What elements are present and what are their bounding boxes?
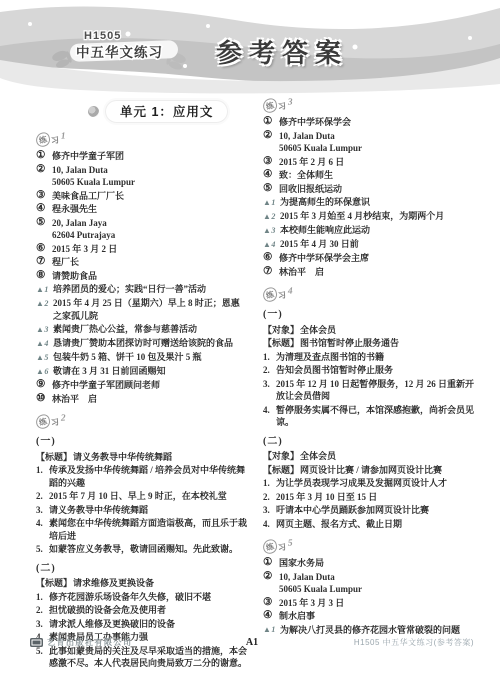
item-marker: ▲2 [263, 210, 280, 223]
answer-line: 【标题】 请求维修及更换设备 [36, 577, 247, 590]
answer-line: ⑧ 请赞助食品 [36, 270, 247, 283]
lian-circle-icon: 练 [262, 538, 279, 555]
item-text-wrap: 传承及发扬中华传统舞蹈 / 培养会员对中华传统舞蹈的兴趣 [49, 464, 247, 489]
item-marker: ▲6 [36, 365, 53, 378]
item-marker: (一) [36, 436, 56, 449]
answer-line: ① 修齐中学童子军团 [36, 150, 247, 163]
item-text: 本校师生能响应此运动 [280, 225, 370, 235]
item-marker: 【标题】 [36, 451, 72, 464]
item-text: 国家水务局 [279, 558, 324, 568]
answer-line: 5. 如蒙答应义务教导，敬请回函赐知。先此致谢。 [36, 543, 247, 556]
item-text: 2015 年 4 月 25 日（星期六）早上 8 时正；恩惠之家孤儿院 [53, 298, 240, 321]
item-text: 网页主题、报名方式、截止日期 [276, 519, 402, 529]
exercise-3-section: 练 习 3 ① 修齐中学环保学会 ② 10, Jalan Duta506 [263, 98, 474, 278]
item-marker: 2. [36, 490, 49, 503]
xi-char: 习 [50, 134, 60, 146]
item-text-wrap: 20, Jalan Jaya62604 Putrajaya [52, 217, 247, 242]
item-text-wrap: 培养团员的爱心；实践“日行一善”活动 [53, 283, 247, 296]
answer-line: ⑤ 20, Jalan Jaya62604 Putrajaya [36, 217, 247, 242]
answer-list: ① 修齐中学环保学会 ② 10, Jalan Duta50605 Kuala L… [263, 116, 474, 278]
answer-line: ⑥ 2015 年 3 月 2 日 [36, 243, 247, 256]
item-text-wrap: 敬请在 3 月 31 日前回函赐知 [53, 365, 247, 378]
item-text: 10, Jalan Duta [279, 131, 335, 141]
answer-line: ▲4 2015 年 4 月 30 日前 [263, 238, 474, 251]
item-text-wrap: 告知会员图书馆暂时停止服务 [276, 364, 474, 377]
item-marker: ③ [36, 190, 52, 203]
answer-line: ④ 致：全体师生 [263, 169, 474, 182]
exercise-5-section: 练 习 5 ① 国家水务局 ② 10, Jalan Duta50605 [263, 539, 474, 637]
exercise-number: 4 [288, 286, 293, 296]
exercise-1-badge: 练 习 1 [36, 121, 247, 147]
answer-line: ② 10, Jalan Duta50605 Kuala Lumpur [36, 164, 247, 189]
item-marker: 1. [36, 591, 49, 604]
item-text: 请义务教导中华传统舞蹈 [49, 505, 148, 515]
series-code-text: H1505 [84, 30, 121, 42]
item-text-wrap: 素闻贵厂热心公益，常参与慈善活动 [53, 323, 247, 336]
item-text: 请求维修及更换设备 [73, 578, 154, 588]
item-text-wrap: 为解决八打灵县的修齐花园水管常破裂的问题 [280, 624, 474, 637]
item-text-wrap: 为清理及查点图书馆的书籍 [276, 351, 474, 364]
item-text: 为提高师生的环保意识 [280, 197, 370, 207]
item-marker: ② [263, 571, 279, 584]
item-text-wrap: 修齐中学环保学会主席 [279, 252, 474, 265]
item-text-wrap: 2015 年 4 月 25 日（星期六）早上 8 时正；恩惠之家孤儿院 [53, 297, 247, 322]
item-text-wrap: 如蒙答应义务教导，敬请回函赐知。先此致谢。 [49, 543, 247, 556]
answer-line: ④ 程永强先生 [36, 203, 247, 216]
item-marker: ④ [263, 169, 279, 182]
item-text-wrap: 恳请贵厂赞助本团探访时可赠送给该院的食品 [53, 337, 247, 350]
exercise-number: 3 [288, 97, 293, 107]
exercise-number: 2 [61, 413, 66, 423]
item-text-wrap: 10, Jalan Duta50605 Kuala Lumpur [279, 130, 474, 155]
item-marker: 2. [263, 491, 276, 504]
item-marker: 3. [263, 504, 276, 517]
item-text: 2015 年 2 月 6 日 [279, 157, 344, 167]
lian-circle-icon: 练 [262, 286, 279, 303]
item-text: 全体会员 [300, 451, 336, 461]
answer-line: ▲3 素闻贵厂热心公益，常参与慈善活动 [36, 323, 247, 336]
answer-line: ② 10, Jalan Duta50605 Kuala Lumpur [263, 571, 474, 596]
item-text-wrap: 2015 年 3 月 2 日 [52, 243, 247, 256]
item-text: 2015 年 3 月 3 日 [279, 598, 344, 608]
item-text-wrap: 2015 年 3 月始至 4 月杪结束，为期两个月 [280, 210, 474, 223]
answer-line: 【对象】 全体会员 [263, 324, 474, 337]
item-text: 网页设计比赛 / 请参加网页设计比赛 [300, 465, 442, 475]
item-text-wrap: 2015 年 3 月 3 日 [279, 597, 474, 610]
item-text-wrap: 请求派人维修及更换破旧的设备 [49, 618, 247, 631]
item-text: 林治平 启 [52, 394, 97, 404]
item-text: 程永强先生 [52, 204, 97, 214]
answer-line: ▲4 恳请贵厂赞助本团探访时可赠送给该院的食品 [36, 337, 247, 350]
item-marker: ▲1 [263, 624, 280, 637]
item-text-wrap: 请赞助食品 [52, 270, 247, 283]
item-marker: 【标题】 [36, 577, 72, 590]
item-text: 如蒙答应义务教导，敬请回函赐知。先此致谢。 [49, 544, 238, 554]
item-text-wrap: 致：全体师生 [279, 169, 474, 182]
answer-line: 2. 担忧破损的设备会危及使用者 [36, 604, 247, 617]
item-text: 培养团员的爱心；实践“日行一善”活动 [53, 284, 206, 294]
item-marker: (二) [36, 563, 56, 576]
item-marker: 4. [263, 404, 276, 417]
publisher-logo-icon [30, 638, 43, 647]
item-marker: ⑦ [263, 266, 279, 279]
item-text: 修齐中学童子军团顾问老师 [52, 380, 160, 390]
item-marker: ▲2 [36, 297, 53, 310]
answer-line: 1. 修齐花园游乐场设备年久失修，破旧不堪 [36, 591, 247, 604]
item-text-wrap: 图书馆暂时停止服务通告 [300, 337, 474, 350]
item-text-cont: 50605 Kuala Lumpur [279, 142, 474, 155]
item-marker: ▲1 [36, 283, 53, 296]
answer-line: ③ 美味食品工厂厂长 [36, 190, 247, 203]
item-text: 敬请在 3 月 31 日前回函赐知 [53, 366, 166, 376]
answer-line: (二) [36, 563, 247, 576]
item-marker: ② [36, 164, 52, 177]
item-marker: ▲5 [36, 351, 53, 364]
item-text-wrap: 全体会员 [300, 324, 474, 337]
xi-char: 习 [277, 541, 287, 553]
answer-list: (一) 【对象】 全体会员 【标题】 图书馆暂时停止服务通告 [263, 309, 474, 530]
unit-title: 单元 1：应用文 [105, 100, 228, 123]
item-text: 此事如蒙贵局的关注及尽早采取适当的措施，本会感激不尽。本人代表居民向贵局致万二分… [49, 646, 247, 669]
answer-list: ① 修齐中学童子军团 ② 10, Jalan Duta50605 Kuala L… [36, 150, 247, 405]
item-marker: 【标题】 [263, 464, 299, 477]
unit-heading-row: 单元 1：应用文 [88, 100, 247, 123]
item-text-wrap: 10, Jalan Duta50605 Kuala Lumpur [279, 571, 474, 596]
answer-line: 3. 2015 年 12 月 10 日起暂停服务，12 月 26 日重新开放让会… [263, 378, 474, 403]
exercise-number: 5 [288, 538, 293, 548]
exercise-1-section: 练 习 1 ① 修齐中学童子军团 ② 10, Jalan Duta506 [36, 132, 247, 405]
item-text: 2015 年 3 月 2 日 [52, 244, 117, 254]
answer-line: 4. 暂停服务实属不得已，本馆深感抱歉，尚祈会员见谅。 [263, 404, 474, 429]
item-text-wrap: 程厂长 [52, 256, 247, 269]
item-text: 林治平 启 [279, 267, 324, 277]
item-marker: 1. [36, 464, 49, 477]
item-marker: ① [263, 116, 279, 129]
answer-line: ⑨ 修齐中学童子军团顾问老师 [36, 379, 247, 392]
item-text: 为清理及查点图书馆的书籍 [276, 352, 384, 362]
item-text-wrap: 程永强先生 [52, 203, 247, 216]
item-text: 图书馆暂时停止服务通告 [300, 338, 399, 348]
item-text-wrap: 修齐中学环保学会 [279, 116, 474, 129]
item-marker: 【对象】 [263, 450, 299, 463]
answer-line: ① 修齐中学环保学会 [263, 116, 474, 129]
answer-line: (二) [263, 436, 474, 449]
item-marker: 3. [36, 618, 49, 631]
exercise-number: 1 [61, 131, 66, 141]
item-marker: ③ [263, 156, 279, 169]
left-column: 单元 1：应用文 练 习 1 ① 修齐中学童子军团 [36, 96, 247, 671]
item-text: 2015 年 3 月 10 日至 15 日 [276, 492, 377, 502]
exercise-2-section: 练 习 2 (一) 【标题】 请义务教导中华传统舞蹈 [36, 414, 247, 670]
item-marker: 1. [263, 477, 276, 490]
item-text: 担忧破损的设备会危及使用者 [49, 605, 166, 615]
answer-line: ▲6 敬请在 3 月 31 日前回函赐知 [36, 365, 247, 378]
item-text-wrap: 本校师生能响应此运动 [280, 224, 474, 237]
item-text-wrap: 美味食品工厂厂长 [52, 190, 247, 203]
item-text: 素闻贵厂热心公益，常参与慈善活动 [53, 324, 197, 334]
item-text: 20, Jalan Jaya [52, 218, 107, 228]
answer-line: 2. 告知会员图书馆暂时停止服务 [263, 364, 474, 377]
xi-char: 习 [50, 416, 60, 428]
item-text: 为解决八打灵县的修齐花园水管常破裂的问题 [280, 625, 460, 635]
item-text: 2015 年 4 月 30 日前 [280, 239, 359, 249]
item-text-cont: 50605 Kuala Lumpur [52, 176, 247, 189]
item-marker: 【对象】 [263, 324, 299, 337]
item-text: 回收旧报纸运动 [279, 184, 342, 194]
item-text: 致：全体师生 [279, 170, 333, 180]
item-marker: 1. [263, 351, 276, 364]
answer-line: 2. 2015 年 7 月 10 日、早上 9 时正，在本校礼堂 [36, 490, 247, 503]
item-marker: ① [36, 150, 52, 163]
exercise-4-section: 练 习 4 (一) 【对象】 全体会员 [263, 287, 474, 530]
item-text-cont: 62604 Putrajaya [52, 229, 247, 242]
answer-line: ▲3 本校师生能响应此运动 [263, 224, 474, 237]
series-name-text: 中五华文练习 [76, 44, 163, 60]
item-marker: 3. [263, 378, 276, 391]
item-text-wrap: 为让学员表现学习成果及发掘网页设计人才 [276, 477, 474, 490]
answer-line: 2. 2015 年 3 月 10 日至 15 日 [263, 491, 474, 504]
lian-circle-icon: 练 [35, 131, 52, 148]
answer-key-page: H1505 中五华文练习 参考答案 单元 1：应用文 练 习 1 [0, 0, 500, 687]
item-text-wrap: 10, Jalan Duta50605 Kuala Lumpur [52, 164, 247, 189]
xi-char: 习 [277, 100, 287, 112]
item-marker: 3. [36, 504, 49, 517]
answer-line: ③ 2015 年 3 月 3 日 [263, 597, 474, 610]
answer-columns: 单元 1：应用文 练 习 1 ① 修齐中学童子军团 [0, 96, 500, 671]
item-text-wrap: 此事如蒙贵局的关注及尽早采取适当的措施，本会感激不尽。本人代表居民向贵局致万二分… [49, 645, 247, 670]
right-column: 练 习 3 ① 修齐中学环保学会 ② 10, Jalan Duta506 [263, 96, 474, 671]
item-marker: ⑧ [36, 270, 52, 283]
item-marker: ③ [263, 597, 279, 610]
item-marker: ▲3 [36, 323, 53, 336]
item-text: 10, Jalan Duta [279, 572, 335, 582]
lian-circle-icon: 练 [262, 97, 279, 114]
answer-list: ① 国家水务局 ② 10, Jalan Duta50605 Kuala Lump… [263, 557, 474, 637]
answer-line: (一) [36, 436, 247, 449]
item-marker: ④ [263, 610, 279, 623]
item-text-wrap: 2015 年 4 月 30 日前 [280, 238, 474, 251]
item-marker: 5. [36, 543, 49, 556]
answer-line: 【标题】 图书馆暂时停止服务通告 [263, 337, 474, 350]
item-text-wrap: 素闻您在中华传统舞蹈方面造诣极高，而且乐于栽培后进 [49, 517, 247, 542]
item-marker: 4. [36, 517, 49, 530]
item-text-wrap: 全体会员 [300, 450, 474, 463]
header-banner: H1505 中五华文练习 参考答案 [0, 0, 500, 96]
item-text: 恳请贵厂赞助本团探访时可赠送给该院的食品 [53, 338, 233, 348]
item-text: 吁请本中心学员踊跃参加网页设计比赛 [276, 505, 429, 515]
answer-line: 3. 请求派人维修及更换破旧的设备 [36, 618, 247, 631]
item-text-wrap: 网页主题、报名方式、截止日期 [276, 518, 474, 531]
item-text: 程厂长 [52, 257, 79, 267]
answer-line: ⑩ 林治平 启 [36, 393, 247, 406]
answer-line: ⑤ 回收旧报纸运动 [263, 183, 474, 196]
item-text: 2015 年 3 月始至 4 月杪结束，为期两个月 [280, 211, 444, 221]
item-marker: 2. [36, 604, 49, 617]
item-text: 修齐中学环保学会 [279, 117, 351, 127]
item-text-wrap: 2015 年 2 月 6 日 [279, 156, 474, 169]
item-text-wrap: 2015 年 12 月 10 日起暂停服务，12 月 26 日重新开放让会员借阅 [276, 378, 474, 403]
item-text-wrap: 修齐花园游乐场设备年久失修，破旧不堪 [49, 591, 247, 604]
item-marker: ④ [36, 203, 52, 216]
answer-line: 1. 传承及发扬中华传统舞蹈 / 培养会员对中华传统舞蹈的兴趣 [36, 464, 247, 489]
item-text: 修齐中学环保学会主席 [279, 253, 369, 263]
item-marker: ⑩ [36, 393, 52, 406]
exercise-4-badge: 练 习 4 [263, 276, 474, 302]
item-text: 请义务教导中华传统舞蹈 [73, 452, 172, 462]
item-text-wrap: 回收旧报纸运动 [279, 183, 474, 196]
answer-line: ⑥ 修齐中学环保学会主席 [263, 252, 474, 265]
exercise-5-badge: 练 习 5 [263, 528, 474, 554]
item-marker: ① [263, 557, 279, 570]
answer-line: ▲1 为提高师生的环保意识 [263, 196, 474, 209]
item-text-cont: 50605 Kuala Lumpur [279, 583, 474, 596]
item-text-wrap: 暂停服务实属不得已，本馆深感抱歉，尚祈会员见谅。 [276, 404, 474, 429]
item-text-wrap: 网页设计比赛 / 请参加网页设计比赛 [300, 464, 474, 477]
answer-line: 3. 吁请本中心学员踊跃参加网页设计比赛 [263, 504, 474, 517]
item-text: 2015 年 7 月 10 日、早上 9 时正，在本校礼堂 [49, 491, 227, 501]
item-marker: ⑥ [36, 243, 52, 256]
item-marker: ▲4 [36, 337, 53, 350]
item-text: 暂停服务实属不得已，本馆深感抱歉，尚祈会员见谅。 [276, 405, 474, 428]
item-text-wrap: 包装牛奶 5 箱、饼干 10 包及果汁 5 瓶 [53, 351, 247, 364]
item-text: 包装牛奶 5 箱、饼干 10 包及果汁 5 瓶 [53, 352, 202, 362]
item-text: 制水启事 [279, 611, 315, 621]
publisher-name: 艺青出版社有限公司 [47, 637, 133, 648]
item-text-wrap: 修齐中学童子军团 [52, 150, 247, 163]
answer-line: ▲1 培养团员的爱心；实践“日行一善”活动 [36, 283, 247, 296]
answer-line: ▲1 为解决八打灵县的修齐花园水管常破裂的问题 [263, 624, 474, 637]
exercise-2-badge: 练 习 2 [36, 403, 247, 429]
item-text: 2015 年 12 月 10 日起暂停服务，12 月 26 日重新开放让会员借阅 [276, 379, 474, 402]
answer-line: (一) [263, 309, 474, 322]
item-text: 10, Jalan Duta [52, 165, 108, 175]
item-text: 告知会员图书馆暂时停止服务 [276, 365, 393, 375]
page-title: 参考答案 [216, 33, 348, 70]
answer-line: 1. 为让学员表现学习成果及发掘网页设计人才 [263, 477, 474, 490]
answer-line: 1. 为清理及查点图书馆的书籍 [263, 351, 474, 364]
item-text-wrap: 林治平 启 [279, 266, 474, 279]
answer-line: ④ 制水启事 [263, 610, 474, 623]
xi-char: 习 [277, 289, 287, 301]
item-text-wrap: 为提高师生的环保意识 [280, 196, 474, 209]
item-text: 素闻您在中华传统舞蹈方面造诣极高，而且乐于栽培后进 [49, 518, 247, 541]
answer-line: 4. 网页主题、报名方式、截止日期 [263, 518, 474, 531]
footer-right-text: H1505 中五华文练习(参考答案) [306, 637, 474, 648]
answer-line: 5. 此事如蒙贵局的关注及尽早采取适当的措施，本会感激不尽。本人代表居民向贵局致… [36, 645, 247, 670]
answer-line: ▲2 2015 年 4 月 25 日（星期六）早上 8 时正；恩惠之家孤儿院 [36, 297, 247, 322]
page-number: A1 [198, 637, 306, 648]
item-text-wrap: 吁请本中心学员踊跃参加网页设计比赛 [276, 504, 474, 517]
answer-line: ▲5 包装牛奶 5 箱、饼干 10 包及果汁 5 瓶 [36, 351, 247, 364]
item-text: 修齐中学童子军团 [52, 151, 124, 161]
item-text-wrap: 2015 年 3 月 10 日至 15 日 [276, 491, 474, 504]
answer-line: ⑦ 林治平 启 [263, 266, 474, 279]
item-text-wrap: 国家水务局 [279, 557, 474, 570]
item-text-wrap: 2015 年 7 月 10 日、早上 9 时正，在本校礼堂 [49, 490, 247, 503]
answer-line: 4. 素闻您在中华传统舞蹈方面造诣极高，而且乐于栽培后进 [36, 517, 247, 542]
answer-line: 【标题】 请义务教导中华传统舞蹈 [36, 451, 247, 464]
item-marker: ⑦ [36, 256, 52, 269]
item-marker: ⑥ [263, 252, 279, 265]
item-text-wrap: 制水启事 [279, 610, 474, 623]
item-marker: 【标题】 [263, 337, 299, 350]
item-marker: 2. [263, 364, 276, 377]
item-text: 美味食品工厂厂长 [52, 191, 124, 201]
item-marker: ⑨ [36, 379, 52, 392]
answer-line: 【对象】 全体会员 [263, 450, 474, 463]
item-text-wrap: 请义务教导中华传统舞蹈 [49, 504, 247, 517]
lian-circle-icon: 练 [35, 413, 52, 430]
answer-line: ① 国家水务局 [263, 557, 474, 570]
item-text-wrap: 请求维修及更换设备 [73, 577, 247, 590]
item-marker: ▲4 [263, 238, 280, 251]
answer-line: ② 10, Jalan Duta50605 Kuala Lumpur [263, 130, 474, 155]
item-marker: ② [263, 130, 279, 143]
item-text-wrap: 担忧破损的设备会危及使用者 [49, 604, 247, 617]
item-marker: ⑤ [36, 217, 52, 230]
item-text: 为让学员表现学习成果及发掘网页设计人才 [276, 478, 447, 488]
answer-line: ⑦ 程厂长 [36, 256, 247, 269]
item-marker: ▲1 [263, 196, 280, 209]
answer-line: 【标题】 网页设计比赛 / 请参加网页设计比赛 [263, 464, 474, 477]
item-text: 传承及发扬中华传统舞蹈 / 培养会员对中华传统舞蹈的兴趣 [49, 465, 245, 488]
item-text-wrap: 修齐中学童子军团顾问老师 [52, 379, 247, 392]
item-text: 全体会员 [300, 325, 336, 335]
item-marker: 4. [263, 518, 276, 531]
item-text: 请求派人维修及更换破旧的设备 [49, 619, 175, 629]
item-text: 修齐花园游乐场设备年久失修，破旧不堪 [49, 592, 211, 602]
answer-line: 3. 请义务教导中华传统舞蹈 [36, 504, 247, 517]
flower-icon [88, 106, 99, 117]
item-text-wrap: 林治平 启 [52, 393, 247, 406]
answer-line: ▲2 2015 年 3 月始至 4 月杪结束，为期两个月 [263, 210, 474, 223]
item-marker: ▲3 [263, 224, 280, 237]
item-marker: (一) [263, 309, 283, 322]
item-text-wrap: 请义务教导中华传统舞蹈 [73, 451, 247, 464]
footer: 艺青出版社有限公司 A1 H1505 中五华文练习(参考答案) [30, 637, 474, 648]
item-text: 请赞助食品 [52, 271, 97, 281]
item-marker: ⑤ [263, 183, 279, 196]
answer-line: ③ 2015 年 2 月 6 日 [263, 156, 474, 169]
item-marker: (二) [263, 436, 283, 449]
answer-list: (一) 【标题】 请义务教导中华传统舞蹈 1. 传承及发扬中华传统舞蹈 / 培养… [36, 436, 247, 670]
publisher-block: 艺青出版社有限公司 [30, 637, 198, 648]
